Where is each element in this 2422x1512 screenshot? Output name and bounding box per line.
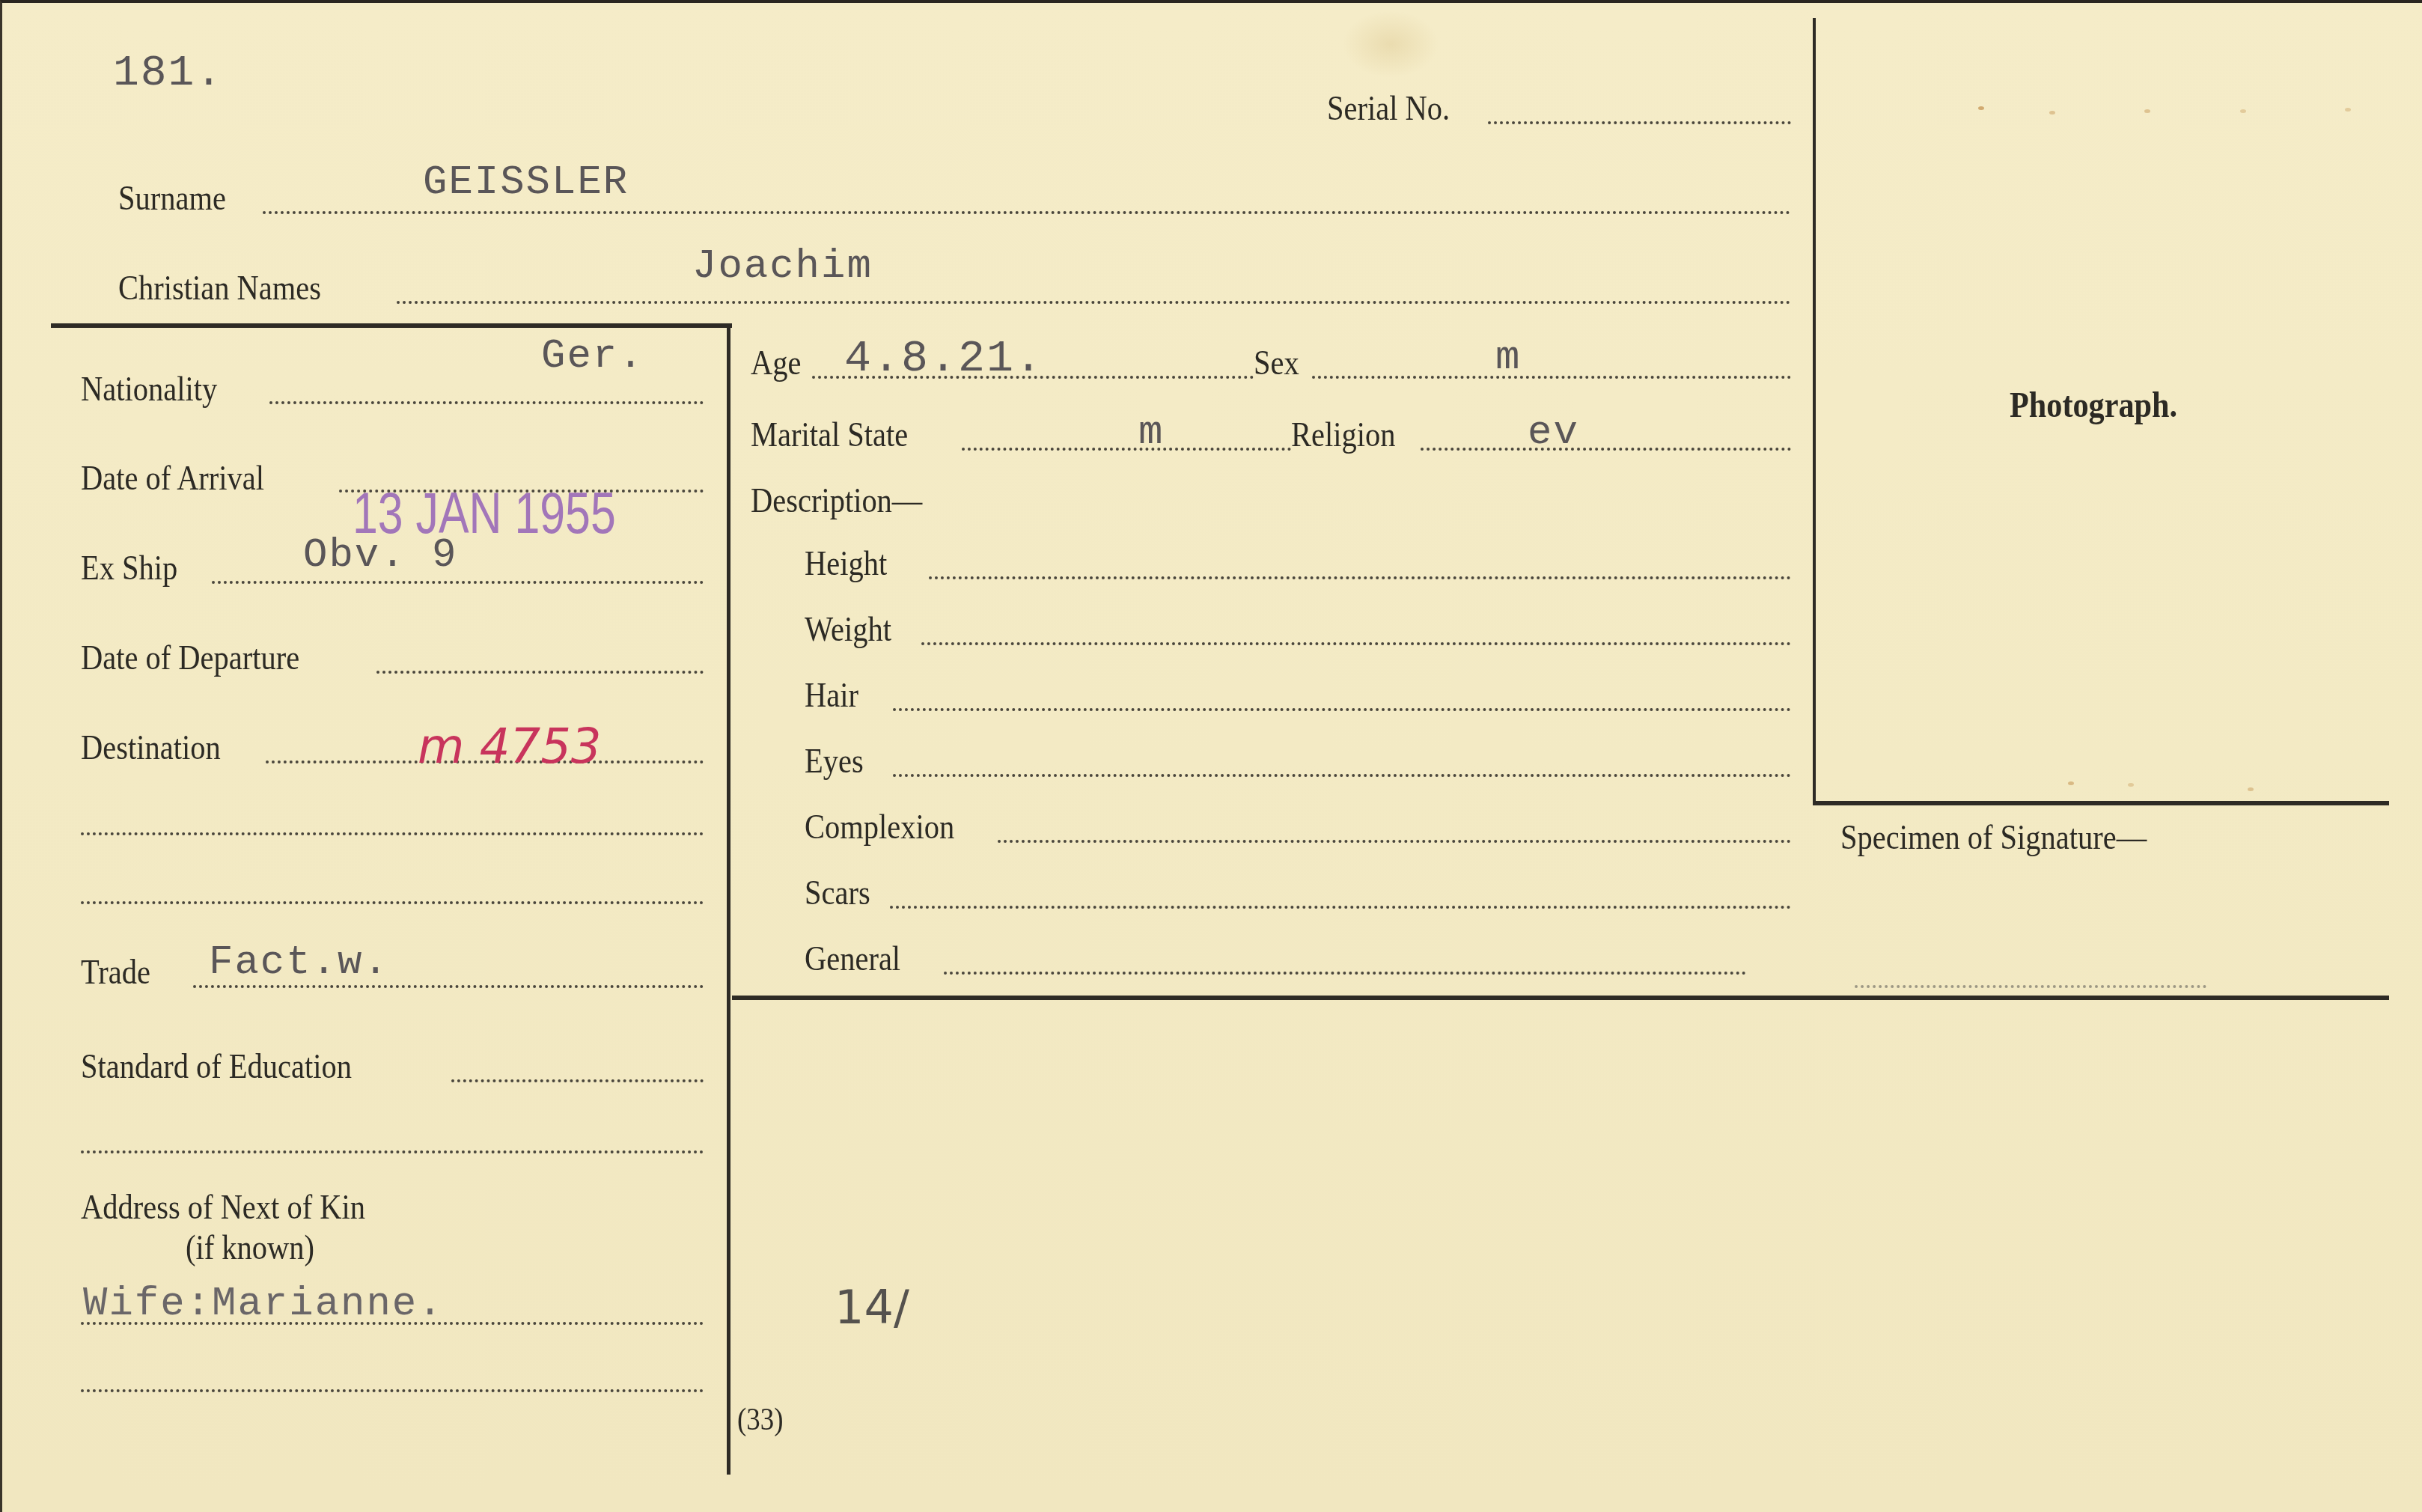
religion-value: ev <box>1528 413 1579 454</box>
destination-value: m 4753 <box>418 723 602 771</box>
destination-field-line-2[interactable] <box>81 832 704 835</box>
scars-label: Scars <box>805 876 870 910</box>
marital-state-value: m <box>1138 413 1164 454</box>
destination-label: Destination <box>81 731 221 765</box>
nationality-value: Ger. <box>541 337 644 377</box>
standard-of-education-field[interactable] <box>451 1079 704 1082</box>
age-value: 4.8.21. <box>844 337 1043 382</box>
signature-field[interactable] <box>1855 985 2206 988</box>
card-index-number: 181. <box>113 52 223 96</box>
general-field[interactable] <box>944 972 1746 975</box>
ex-ship-label: Ex Ship <box>81 551 177 585</box>
general-label: General <box>805 942 900 976</box>
christian-names-value: Joachim <box>692 247 873 287</box>
pencil-note: 14/ <box>835 1284 909 1331</box>
scars-field[interactable] <box>890 906 1791 909</box>
next-of-kin-value: Wife:Marianne. <box>83 1284 444 1325</box>
eyes-label: Eyes <box>805 744 864 778</box>
sex-field[interactable] <box>1312 376 1791 379</box>
column-divider <box>727 323 730 1475</box>
marital-state-field[interactable] <box>962 448 1291 451</box>
trade-label: Trade <box>81 955 150 990</box>
age-label: Age <box>751 346 801 380</box>
photograph-label: Photograph. <box>2010 388 2177 424</box>
marital-state-label: Marital State <box>751 418 908 452</box>
next-of-kin-field-line-2[interactable] <box>81 1389 704 1392</box>
christian-names-label: Christian Names <box>118 271 321 305</box>
paper-stain <box>1342 10 1439 78</box>
hair-label: Hair <box>805 678 858 713</box>
religion-label: Religion <box>1291 418 1395 452</box>
religion-field[interactable] <box>1421 448 1791 451</box>
height-field[interactable] <box>929 576 1791 579</box>
complexion-label: Complexion <box>805 810 954 844</box>
nationality-field[interactable] <box>269 401 704 404</box>
signature-label: Specimen of Signature— <box>1840 820 2147 855</box>
trade-value: Fact.w. <box>209 943 389 984</box>
sex-value: m <box>1495 338 1521 379</box>
complexion-field[interactable] <box>998 840 1791 843</box>
photo-box-bottom-rule <box>1813 801 2389 805</box>
nationality-label: Nationality <box>81 372 217 406</box>
christian-names-field[interactable] <box>397 301 1791 304</box>
standard-of-education-field-line-2[interactable] <box>81 1150 704 1153</box>
form-number: (33) <box>737 1404 784 1436</box>
ex-ship-field[interactable] <box>212 581 704 584</box>
next-of-kin-field[interactable] <box>81 1322 704 1325</box>
standard-of-education-label: Standard of Education <box>81 1049 352 1084</box>
date-of-departure-label: Date of Departure <box>81 641 299 675</box>
hair-field[interactable] <box>893 708 1791 711</box>
surname-label: Surname <box>118 181 226 216</box>
weight-label: Weight <box>805 612 891 647</box>
next-of-kin-sublabel: (if known) <box>186 1231 314 1265</box>
surname-field[interactable] <box>263 211 1791 214</box>
surname-value: GEISSLER <box>423 163 629 204</box>
eyes-field[interactable] <box>893 774 1791 777</box>
height-label: Height <box>805 546 887 581</box>
registration-card: 181. Serial No. Surname GEISSLER Christi… <box>0 0 2422 1512</box>
date-of-arrival-label: Date of Arrival <box>81 461 264 496</box>
sex-label: Sex <box>1254 346 1299 380</box>
serial-no-label: Serial No. <box>1327 91 1450 126</box>
next-of-kin-label: Address of Next of Kin <box>81 1190 365 1225</box>
weight-field[interactable] <box>921 642 1791 645</box>
description-bottom-rule <box>732 996 2389 1000</box>
serial-no-field[interactable] <box>1488 121 1791 124</box>
description-label: Description— <box>751 484 922 518</box>
left-box-top-rule <box>51 323 732 328</box>
ex-ship-value: Obv. 9 <box>303 536 457 576</box>
destination-field-line-3[interactable] <box>81 901 704 904</box>
date-of-departure-field[interactable] <box>376 671 704 674</box>
